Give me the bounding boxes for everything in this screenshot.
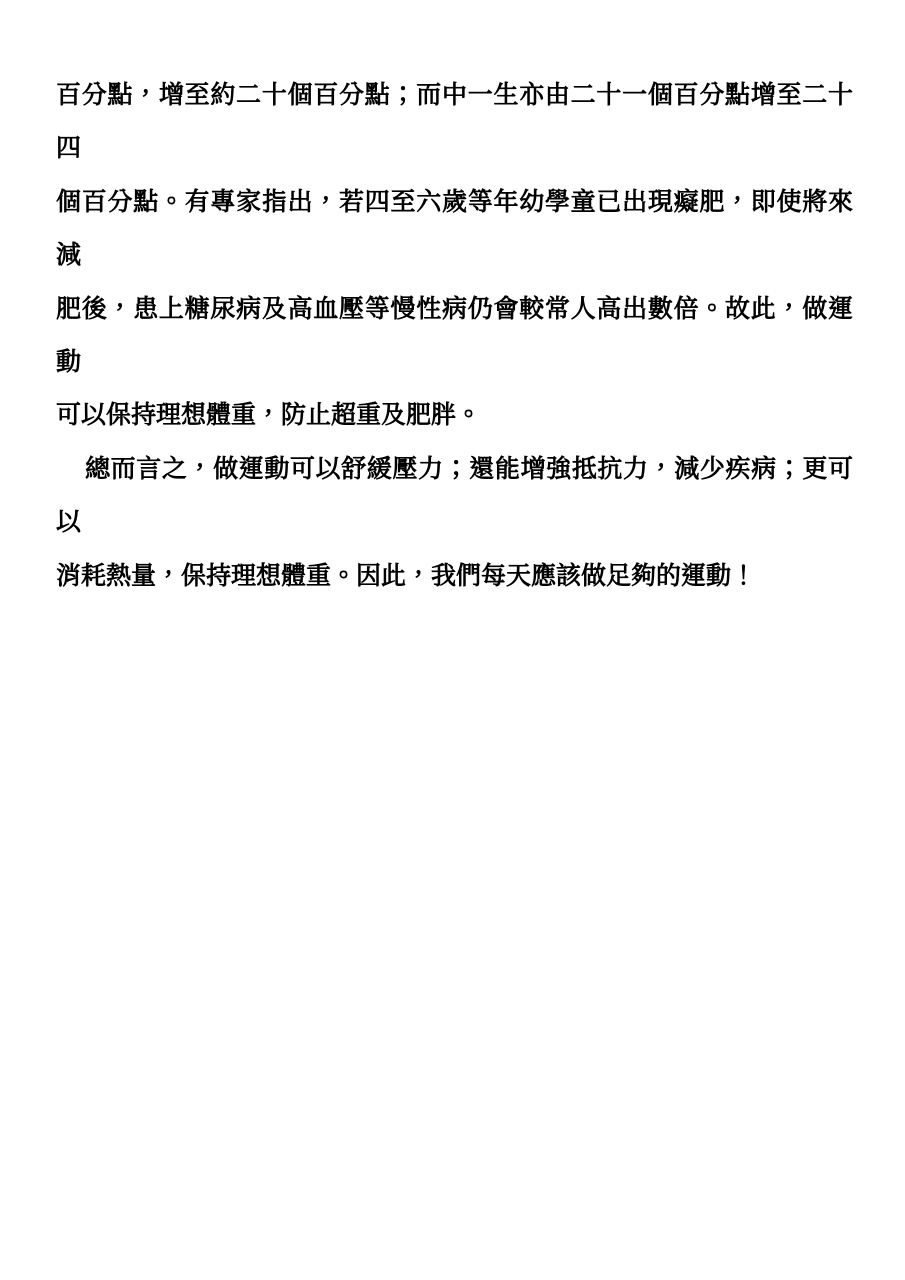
document-page: 百分點，增至約二十個百分點；而中一生亦由二十一個百分點增至二十四 個百分點。有專… (0, 0, 905, 1280)
text-line: 肥後，患上糖尿病及高血壓等慢性病仍會較常人高出數倍。故此，做運動 (56, 283, 853, 390)
text-line-paragraph-end: 消耗熱量，保持理想體重。因此，我們每天應該做足夠的運動！ (56, 550, 853, 603)
text-line: 百分點，增至約二十個百分點；而中一生亦由二十一個百分點增至二十四 (56, 69, 853, 176)
text-line-paragraph-start: 總而言之，做運動可以舒緩壓力；還能增強抵抗力，減少疾病；更可以 (56, 443, 853, 550)
text-line: 個百分點。有專家指出，若四至六歲等年幼學童已出現癡肥，即使將來減 (56, 176, 853, 283)
body-text: 百分點，增至約二十個百分點；而中一生亦由二十一個百分點增至二十四 個百分點。有專… (56, 69, 853, 603)
text-line-paragraph-end: 可以保持理想體重，防止超重及肥胖。 (56, 389, 853, 442)
